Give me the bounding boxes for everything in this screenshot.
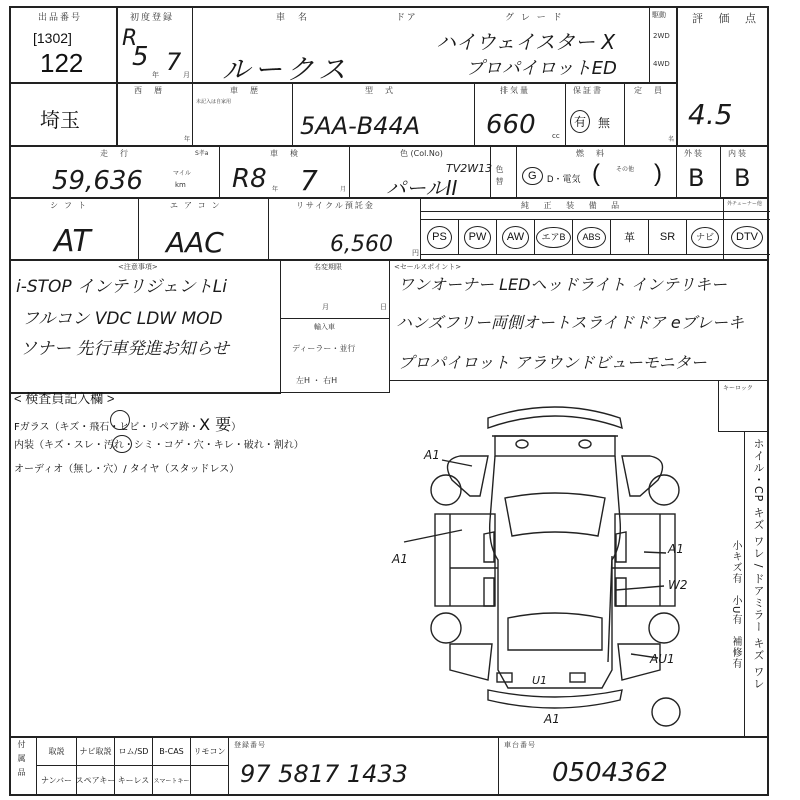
- divider: [389, 380, 769, 381]
- divider: [421, 211, 770, 212]
- car-history-note: 未記入は自家用: [196, 98, 231, 105]
- equipment-abs: ABS: [573, 220, 611, 254]
- ac-label: エアコン: [170, 200, 226, 211]
- exterior-label: 外装: [684, 148, 704, 159]
- fuel-gasoline-circled: G: [522, 167, 543, 185]
- equipment-airbag: エアB: [535, 220, 573, 254]
- dealer-parallel-label: ディーラー・並行: [292, 343, 355, 354]
- recycle-fee: 6,560: [330, 232, 393, 257]
- exterior-grade: B: [688, 164, 704, 192]
- notes-line-1: i-STOP インテリジェントLi: [16, 272, 227, 297]
- sales-line-3: プロパイロット アラウンドビューモニター: [398, 350, 707, 373]
- inspection-label: 車 検: [270, 148, 300, 159]
- divider: [624, 82, 625, 146]
- recycle-label: リサイクル預託金: [296, 200, 375, 211]
- accessory-row-1: 取説 ナビ取説 ロム/SD B-CAS リモコン: [37, 737, 228, 765]
- divider: [228, 736, 229, 796]
- accessory-row-2: ナンバー スペアキー キーレス スマートキー: [37, 766, 228, 794]
- equipment-ps: PS: [421, 220, 459, 254]
- divider: [498, 736, 499, 796]
- damage-mark-a1-right-door: A1: [668, 542, 684, 556]
- notes-label: <注意事項>: [118, 262, 158, 272]
- divider: [138, 197, 139, 259]
- equipment-options: PS PW AW エアB ABS 革 SR ナビ DTV: [421, 219, 770, 255]
- key-lock-box: キーロック: [718, 380, 769, 432]
- divider: [565, 82, 566, 146]
- divider: [192, 6, 193, 82]
- equipment-navi: ナビ: [687, 220, 724, 254]
- notes-line-2: フルコン VDC LDW MOD: [22, 304, 223, 329]
- damage-mark-au1-quarter: AU1: [650, 652, 675, 666]
- equipment-aw: AW: [497, 220, 535, 254]
- inspector-interior-line: 内装（キズ・スレ・汚れ・シミ・コゲ・穴・キレ・破れ・割れ）: [14, 436, 304, 451]
- car-name-label: 車 名: [276, 10, 309, 23]
- divider: [9, 794, 769, 796]
- registration-number-label: 登録番号: [234, 740, 266, 750]
- divider: [192, 82, 193, 146]
- inspection-year-unit: 年: [272, 184, 280, 193]
- damage-mark-w2-right-rear: W2: [668, 578, 688, 592]
- cc-unit: cc: [552, 132, 560, 140]
- equipment-leather: 革: [611, 220, 649, 254]
- mile-unit: マイル: [173, 168, 191, 177]
- fuel-paren-open: (: [592, 160, 600, 188]
- name-change-label: 名変期限: [314, 262, 342, 272]
- mileage: 59,636: [52, 166, 143, 196]
- shift-value: AT: [54, 224, 91, 259]
- fuel-label: 燃 料: [576, 148, 606, 159]
- divider: [516, 145, 517, 197]
- inspection-month: 7: [300, 164, 318, 197]
- lot-number-label: 出品番号: [38, 10, 82, 23]
- month-unit: 月: [183, 70, 192, 80]
- first-registration-label: 初度登録: [130, 10, 174, 23]
- fuel-paren-close: ): [654, 160, 662, 188]
- divider: [649, 6, 650, 82]
- windshield-replace-mark: X 要: [199, 415, 231, 434]
- sales-line-2: ハンズフリー両側オートスライドドア eブレーキ: [396, 310, 744, 333]
- divider: [720, 145, 721, 197]
- inspection-month-unit: 月: [340, 184, 348, 193]
- steering-side-label: 左H ・ 右H: [296, 375, 337, 386]
- import-car-label: 輸入車: [314, 322, 335, 332]
- displacement: 660: [486, 110, 536, 140]
- damage-mark-a1-left-door: A1: [392, 552, 408, 566]
- tuner-label: 外チューナー他: [727, 200, 762, 207]
- accessory-smart-key: スマートキー: [153, 766, 191, 794]
- lot-number: 122: [40, 48, 83, 79]
- divider: [292, 82, 293, 146]
- divider: [676, 6, 678, 146]
- stain-circle-mark: [112, 435, 132, 453]
- car-history-label: 車 歴: [230, 85, 260, 96]
- inspection-era: R8: [232, 164, 267, 194]
- accessory-remote: リモコン: [191, 737, 228, 765]
- interior-label: 内装: [728, 148, 748, 159]
- equipment-section: 純 正 装 備 品 外チューナー他 PS PW AW エアB ABS 革 SR …: [420, 197, 769, 260]
- divider: [474, 82, 475, 146]
- divider: [9, 145, 769, 147]
- divider: [349, 145, 350, 197]
- key-lock-label: キーロック: [723, 383, 753, 392]
- accessory-empty: [191, 766, 228, 794]
- accessory-keyless: キーレス: [115, 766, 153, 794]
- notes-line-3: ソナー 先行車発進お知らせ: [20, 334, 229, 359]
- inspector-audio-tire-line: オーディオ（無し・穴）/ タイヤ（スタッドレス）: [14, 460, 239, 475]
- meter-change-label: S孝a: [195, 148, 209, 157]
- damage-size-legend: 小キズ有 小U有 補修有: [728, 540, 743, 669]
- wheel-mirror-legend: ホイル・CP キズ ワレ / ドアミラー キズ ワレ: [750, 438, 766, 690]
- accessory-bcas: B-CAS: [153, 737, 191, 765]
- model-code: 5AA-B44A: [300, 112, 420, 140]
- divider: [744, 432, 745, 736]
- chassis-number: 0504362: [552, 758, 668, 788]
- damage-mark-a1-front-fender: A1: [424, 448, 440, 462]
- year-unit: 年: [152, 70, 161, 80]
- capacity-unit: 名: [668, 134, 676, 143]
- car-name: ルークス: [222, 48, 350, 88]
- damage-mark-u1-rear-panel: U1: [532, 674, 547, 687]
- chassis-number-label: 車台番号: [504, 740, 536, 750]
- grade-label: グ レ ー ド: [505, 10, 564, 23]
- drive-2wd: 2WD: [653, 32, 670, 40]
- score-label: 評 価 点: [692, 10, 762, 26]
- km-unit: km: [175, 181, 186, 189]
- ac-value: AAC: [166, 226, 224, 259]
- sales-line-1: ワンオーナー LEDヘッドライト インテリキー: [398, 272, 727, 295]
- accessory-number-plate: ナンバー: [37, 766, 77, 794]
- accessory-navi-manual: ナビ取説: [77, 737, 115, 765]
- divider: [116, 6, 118, 146]
- capacity-label: 定 員: [634, 85, 664, 96]
- fuel-other-label: その他: [616, 164, 634, 173]
- region: 埼玉: [40, 104, 80, 133]
- equipment-dtv: DTV: [724, 220, 770, 254]
- grade-line-1: ハイウェイスター X: [436, 26, 615, 55]
- chip-circle-mark: [110, 410, 130, 430]
- equipment-label: 純 正 装 備 品: [521, 200, 625, 211]
- western-year-unit: 年: [184, 134, 192, 143]
- grade-line-2: プロパイロットED: [466, 54, 617, 80]
- drive-4wd: 4WD: [653, 60, 670, 68]
- month-label: 月: [322, 302, 331, 312]
- color-change-label: 色替: [494, 165, 505, 189]
- door-label: ドア: [396, 10, 418, 23]
- equipment-pw: PW: [459, 220, 497, 254]
- accessory-spare-key: スペアキー: [77, 766, 115, 794]
- accessory-manual: 取説: [37, 737, 77, 765]
- fuel-options: D・電気: [547, 172, 581, 185]
- evaluation-score: 4.5: [688, 98, 733, 131]
- warranty-no: 無: [598, 114, 610, 131]
- registration-number: 97 5817 1433: [240, 760, 408, 788]
- shift-label: シフト: [50, 200, 92, 211]
- divider: [219, 145, 220, 197]
- western-year-label: 西 暦: [134, 85, 164, 96]
- displacement-label: 排気量: [500, 85, 530, 96]
- color-label: 色 (Col.No): [400, 148, 443, 159]
- inspector-title: < 検査員記入欄 >: [14, 388, 114, 407]
- interior-grade: B: [734, 164, 750, 192]
- accessories-label: 付属品: [16, 740, 27, 782]
- warranty-label: 保証書: [573, 85, 603, 96]
- first-reg-year: 5: [132, 42, 149, 72]
- accessory-rom-sd: ロム/SD: [115, 737, 153, 765]
- divider: [676, 145, 677, 197]
- divider: [9, 6, 769, 8]
- first-reg-month: 7: [166, 48, 181, 76]
- equipment-sunroof: SR: [649, 220, 687, 254]
- sales-points-label: <セールスポイント>: [394, 262, 461, 272]
- lot-bracket: [1302]: [33, 30, 72, 46]
- import-box-outline: [280, 259, 390, 393]
- drive-label: 駆動: [652, 10, 666, 20]
- day-label: 日: [380, 302, 389, 312]
- mileage-label: 走 行: [100, 148, 130, 159]
- damage-mark-a1-rear-bumper: A1: [544, 712, 560, 726]
- warranty-yes-circled: 有: [570, 110, 590, 133]
- model-label: 型 式: [365, 85, 395, 96]
- divider: [268, 197, 269, 259]
